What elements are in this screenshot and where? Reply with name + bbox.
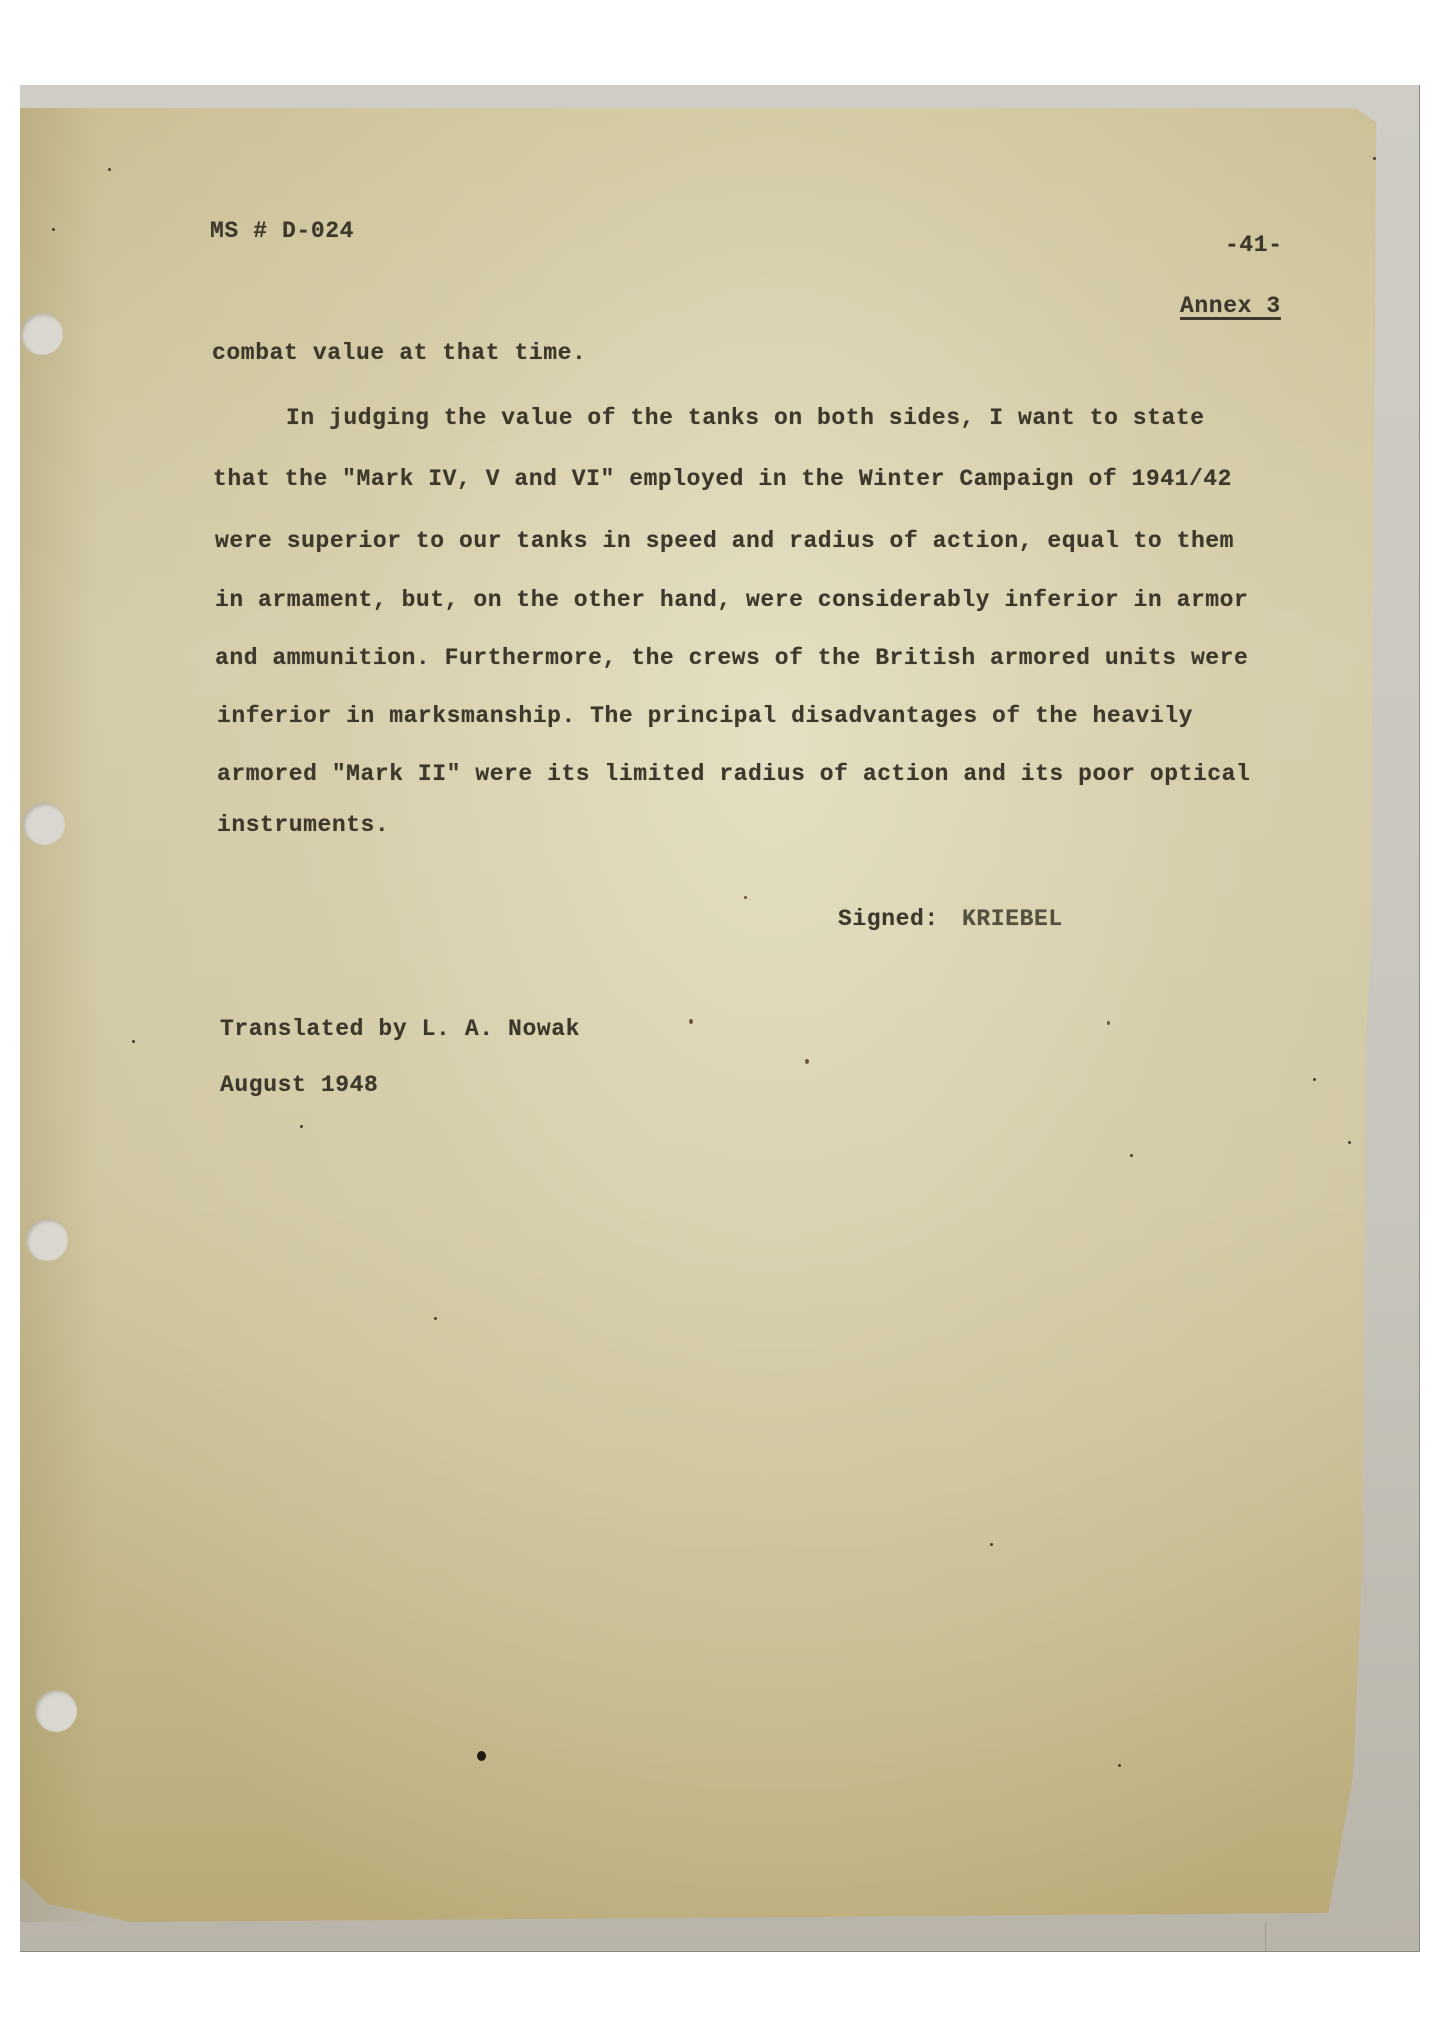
punch-hole-1 xyxy=(21,313,63,355)
paragraph-line: were superior to our tanks in speed and … xyxy=(215,528,1234,554)
ink-speck xyxy=(1107,1021,1110,1025)
signature-label: Signed: xyxy=(838,906,939,932)
backdrop-edge-bottom xyxy=(20,1951,1420,1952)
ink-speck xyxy=(1348,1141,1351,1144)
paragraph-line: In judging the value of the tanks on bot… xyxy=(286,405,1205,431)
backdrop-crease xyxy=(1265,1922,1266,1952)
paragraph-line: instruments. xyxy=(217,812,389,838)
opening-line: combat value at that time. xyxy=(212,340,586,366)
backdrop-edge-right xyxy=(1419,85,1420,1952)
paragraph-line: that the "Mark IV, V and VI" employed in… xyxy=(213,466,1232,492)
ink-speck xyxy=(434,1317,437,1320)
paragraph-line: in armament, but, on the other hand, wer… xyxy=(215,587,1248,613)
ink-speck xyxy=(689,1019,693,1024)
ink-speck xyxy=(52,228,55,231)
paragraph-line: and ammunition. Furthermore, the crews o… xyxy=(215,645,1248,671)
page-number: -41- xyxy=(1225,232,1283,258)
ink-speck xyxy=(990,1543,993,1546)
typewritten-page xyxy=(20,108,1390,1922)
ink-speck xyxy=(300,1125,303,1128)
ink-speck xyxy=(477,1751,486,1761)
ink-speck xyxy=(1130,1154,1133,1157)
ink-speck xyxy=(1118,1764,1121,1767)
annex-label: Annex 3 xyxy=(1180,293,1281,319)
paragraph-line: inferior in marksmanship. The principal … xyxy=(217,703,1193,729)
ink-speck xyxy=(108,168,111,171)
date-line: August 1948 xyxy=(220,1072,378,1098)
punch-hole-2 xyxy=(23,803,65,845)
ink-speck xyxy=(1313,1078,1316,1081)
ink-speck xyxy=(805,1059,809,1064)
ink-speck xyxy=(1373,157,1376,160)
ink-speck xyxy=(132,1040,135,1043)
paragraph-line: armored "Mark II" were its limited radiu… xyxy=(217,761,1250,787)
manuscript-id: MS # D-024 xyxy=(210,218,354,244)
ink-speck xyxy=(744,896,747,899)
signature-name: KRIEBEL xyxy=(962,906,1063,932)
punch-hole-3 xyxy=(26,1219,68,1261)
punch-hole-4 xyxy=(35,1690,77,1732)
translator-line: Translated by L. A. Nowak xyxy=(220,1016,580,1042)
